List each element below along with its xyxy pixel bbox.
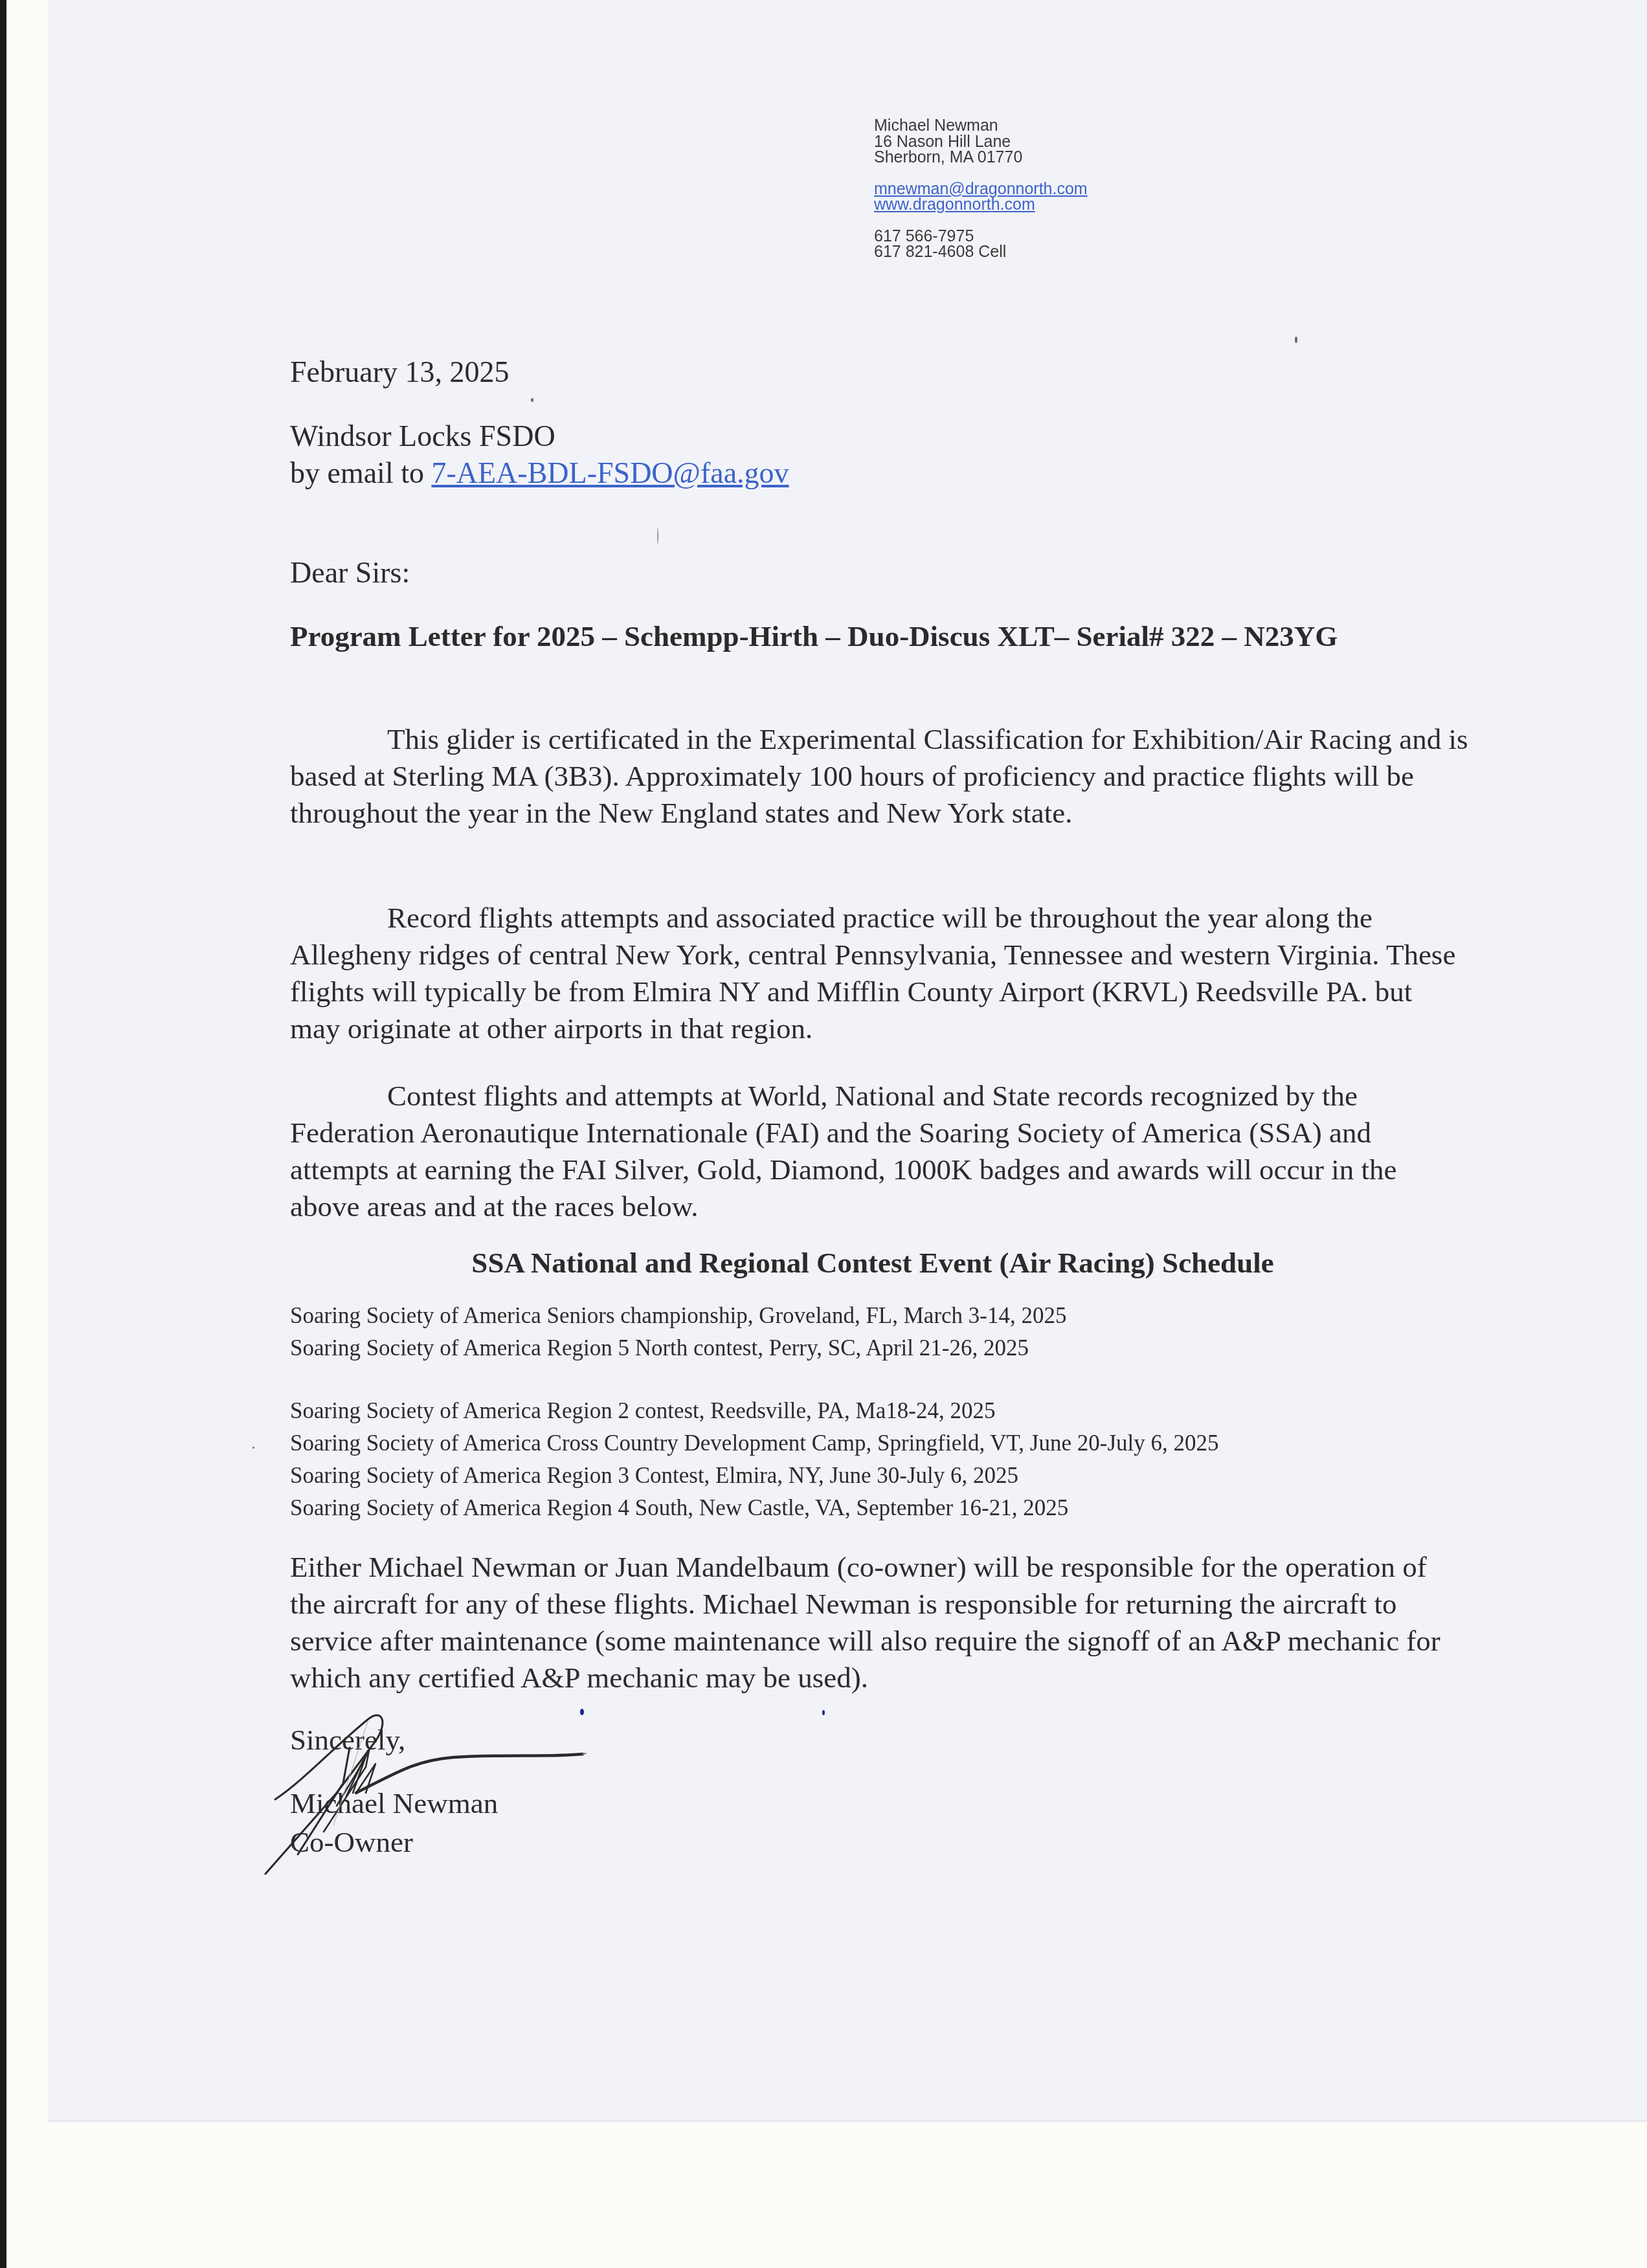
paragraph-2: Record flights attempts and associated p… — [290, 900, 1468, 1047]
paragraph-1-text: This glider is certificated in the Exper… — [290, 723, 1468, 829]
sender-street: 16 Nason Hill Lane — [874, 134, 1088, 150]
scan-speck — [531, 398, 533, 402]
schedule-item: Soaring Society of America Region 4 Sout… — [290, 1492, 1219, 1524]
sender-phone: 617 566-7975 — [874, 228, 1088, 245]
subject-line: Program Letter for 2025 – Schempp-Hirth … — [290, 618, 1468, 655]
sender-website-link[interactable]: www.dragonnorth.com — [874, 195, 1035, 214]
scan-speck — [1295, 337, 1297, 343]
paragraph-3-text: Contest flights and attempts at World, N… — [290, 1080, 1396, 1223]
scan-speck — [252, 1447, 254, 1449]
recipient-via: by email to — [290, 456, 431, 489]
schedule-item: Soaring Society of America Region 3 Cont… — [290, 1460, 1219, 1492]
salutation: Dear Sirs: — [290, 555, 410, 590]
ink-speck — [580, 1709, 584, 1715]
recipient-email-link[interactable]: 7-AEA-BDL-FSDO@faa.gov — [431, 456, 789, 489]
closing-paragraph: Either Michael Newman or Juan Mandelbaum… — [290, 1549, 1468, 1696]
sender-city: Sherborn, MA 01770 — [874, 150, 1088, 166]
recipient-block: Windsor Locks FSDO by email to 7-AEA-BDL… — [290, 417, 789, 491]
paragraph-3: Contest flights and attempts at World, N… — [290, 1078, 1468, 1225]
schedule-item: Soaring Society of America Region 5 Nort… — [290, 1332, 1067, 1364]
schedule-item: Soaring Society of America Cross Country… — [290, 1427, 1219, 1460]
letterhead: Michael Newman 16 Nason Hill Lane Sherbo… — [874, 118, 1088, 260]
recipient-email-line: by email to 7-AEA-BDL-FSDO@faa.gov — [290, 454, 789, 491]
sender-cell: 617 821-4608 Cell — [874, 244, 1088, 260]
schedule-item: Soaring Society of America Region 2 cont… — [290, 1395, 1219, 1427]
ink-speck — [822, 1710, 825, 1715]
sender-name: Michael Newman — [874, 118, 1088, 134]
scan-speck — [657, 528, 658, 544]
handwritten-signature — [259, 1696, 874, 1890]
paragraph-1: This glider is certificated in the Exper… — [290, 721, 1468, 832]
letter-date: February 13, 2025 — [290, 355, 510, 389]
schedule-group-1: Soaring Society of America Seniors champ… — [290, 1300, 1067, 1364]
schedule-group-2: Soaring Society of America Region 2 cont… — [290, 1395, 1219, 1524]
scanner-bed-edge — [0, 0, 6, 2268]
paragraph-2-text: Record flights attempts and associated p… — [290, 902, 1455, 1045]
schedule-heading: SSA National and Regional Contest Event … — [290, 1246, 1455, 1280]
schedule-item: Soaring Society of America Seniors champ… — [290, 1300, 1067, 1332]
recipient-office: Windsor Locks FSDO — [290, 417, 789, 454]
